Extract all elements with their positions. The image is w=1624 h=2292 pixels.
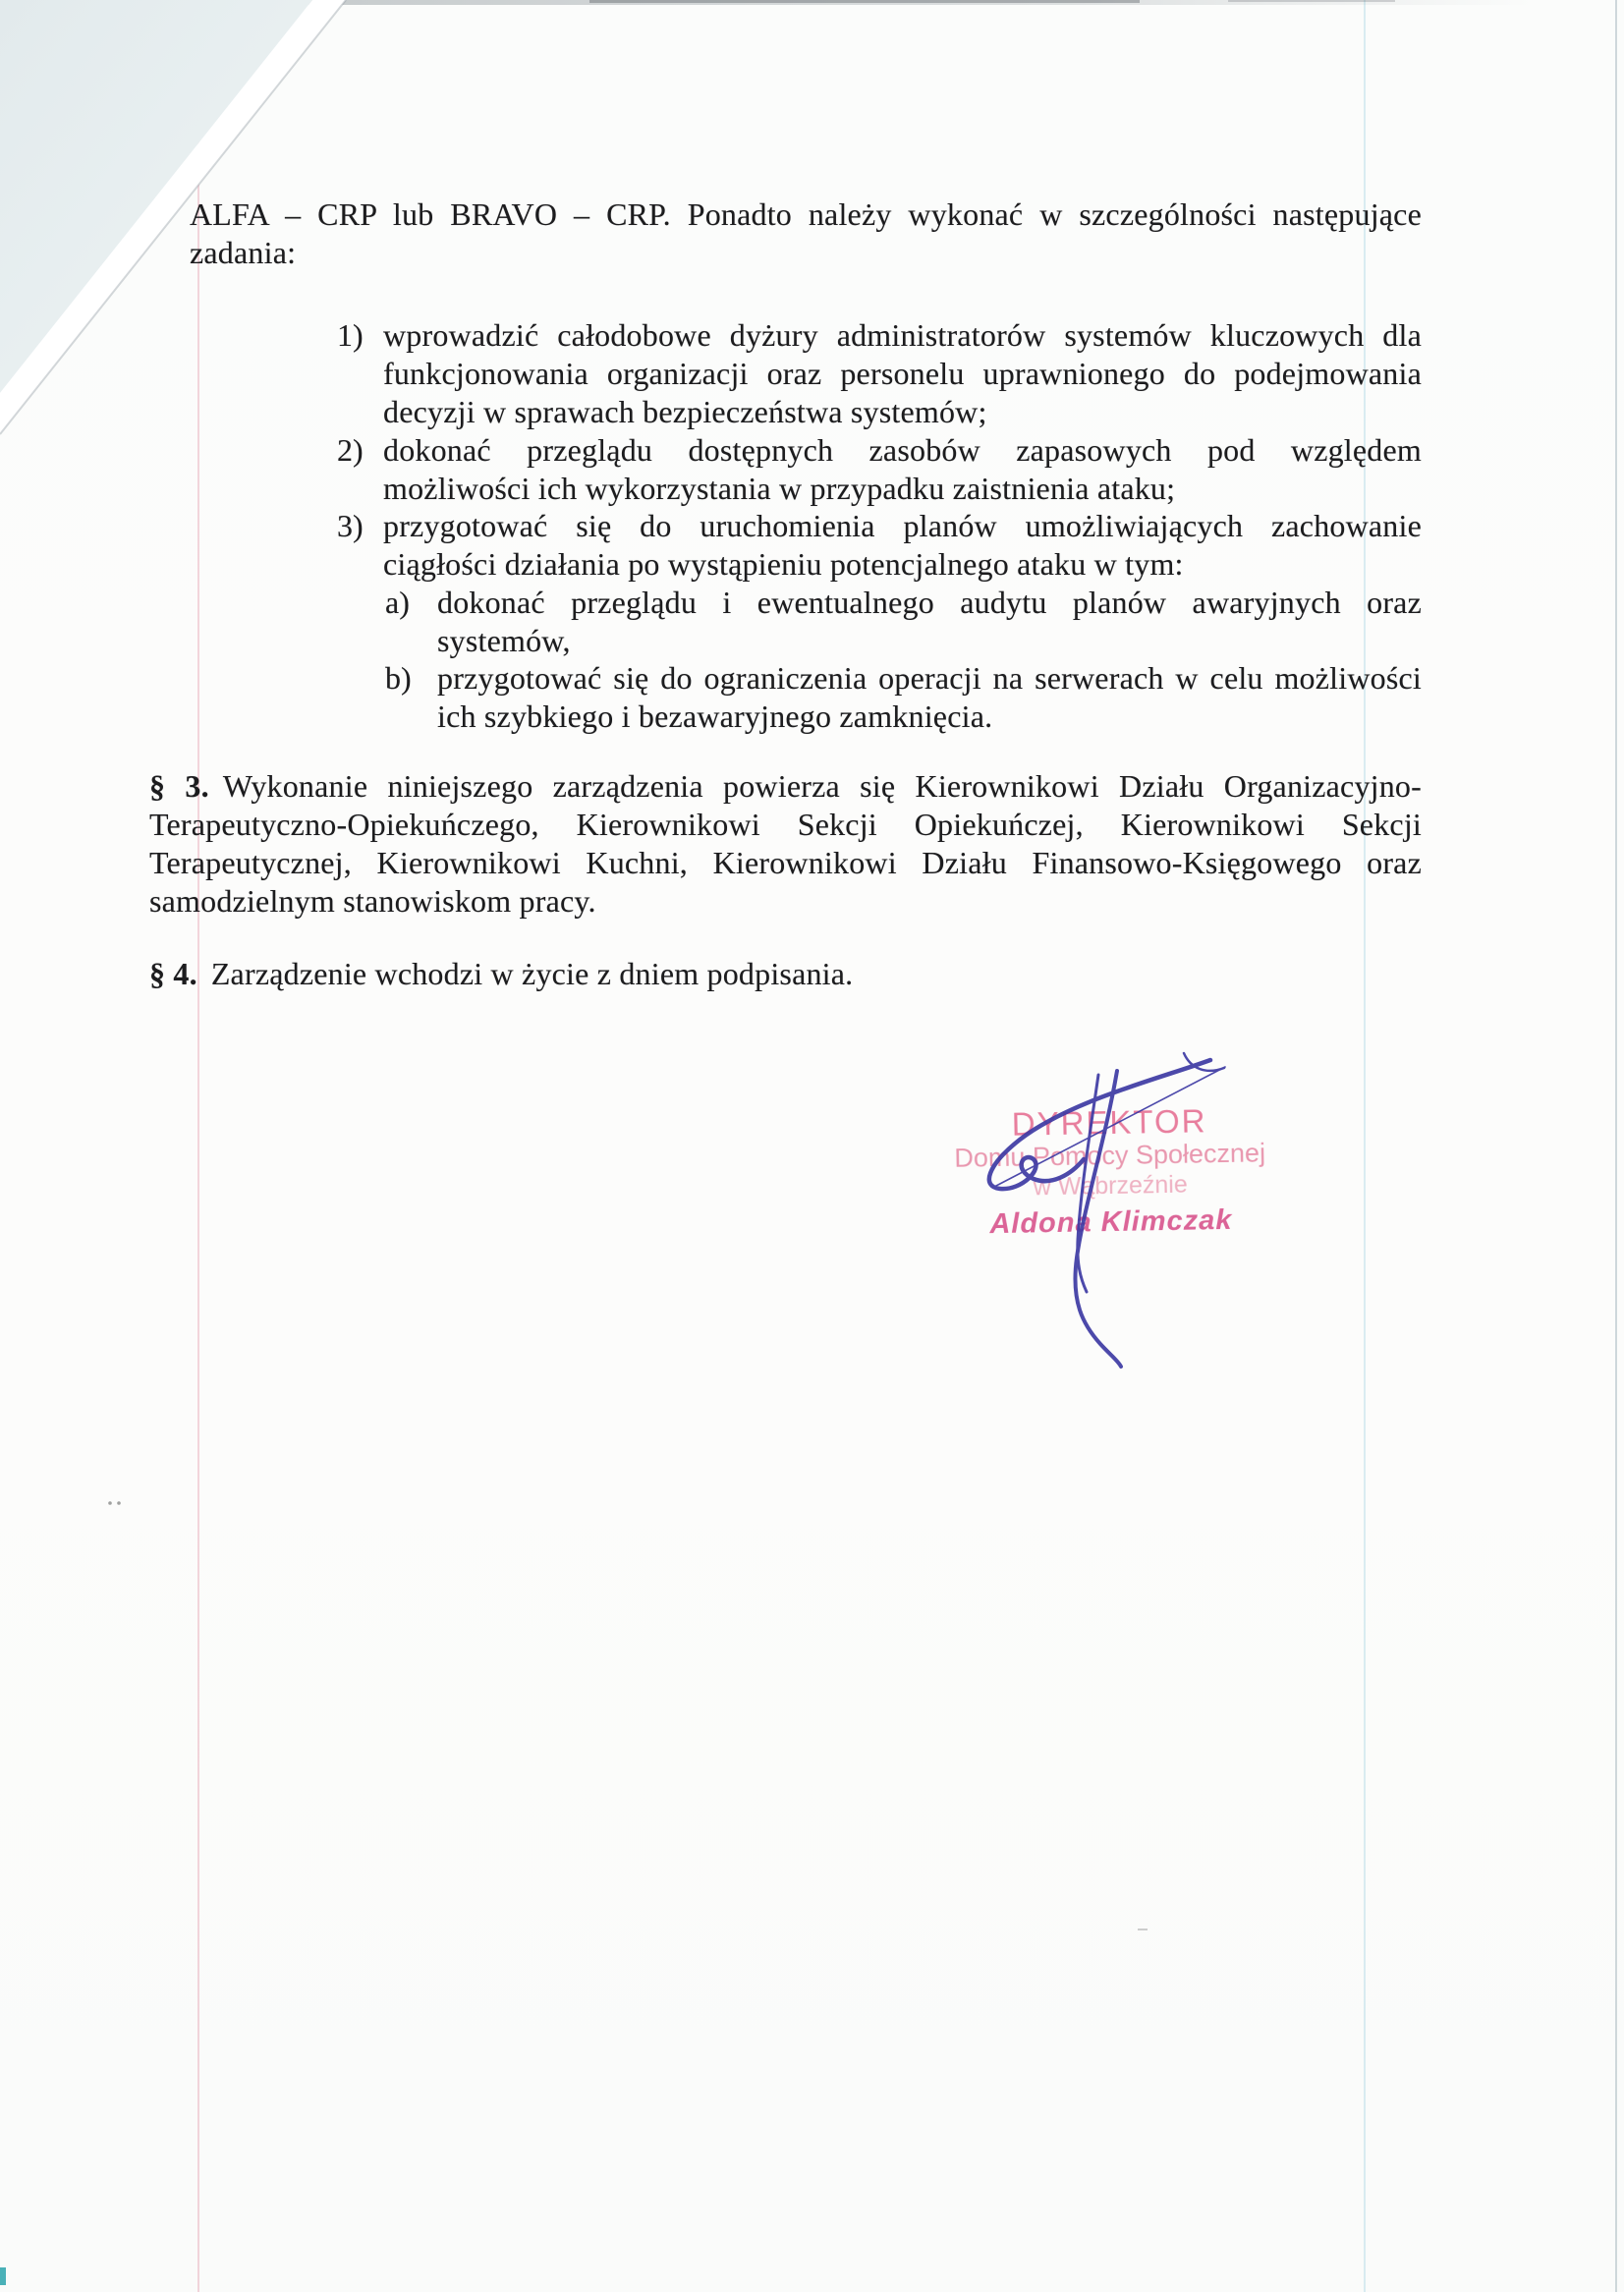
stamp-org-line2: w Wąbrzeźnie [914, 1168, 1307, 1204]
sublist-marker-a: a) [385, 584, 410, 622]
scan-top-edge-shadow [0, 0, 1533, 5]
scan-page-edge-line [1615, 0, 1617, 2292]
scan-crease-line-left [197, 0, 199, 2292]
subitem-a-line-2: systemów, [437, 622, 1422, 660]
list-marker-3: 3) [337, 507, 364, 545]
signature-top-hook-stroke [1184, 1053, 1224, 1071]
sublist-marker-b: b) [385, 659, 412, 698]
subitem-b-line-1: przygotować się do ograniczenia operacji… [437, 659, 1422, 698]
stamp-signer-name: Aldona Klimczak [915, 1203, 1308, 1242]
intro-line-2: zadania: [190, 234, 1422, 272]
item3-line-2: ciągłości działania po wystąpieniu poten… [383, 545, 1422, 584]
director-stamp: DYREKTOR Domu Pomocy Społecznej w Wąbrze… [913, 1103, 1308, 1242]
item1-line-1: wprowadzić całodobowe dyżury administrat… [383, 316, 1422, 355]
scan-speck [1138, 1929, 1148, 1930]
item1-line-3: decyzji w sprawach bezpieczeństwa system… [383, 393, 1422, 431]
item2-line-1: dokonać przeglądu dostępnych zasobów zap… [383, 431, 1422, 470]
intro-line-1: ALFA – CRP lub BRAVO – CRP. Ponadto nale… [190, 196, 1422, 234]
scan-dot-speck-2 [117, 1501, 121, 1505]
scan-dot-speck-1 [108, 1501, 112, 1505]
par3-line-1-text: Wykonanie niniejszego zarządzenia powier… [223, 768, 1422, 804]
item1-line-2: funkcjonowania organizacji oraz personel… [383, 355, 1422, 393]
list-marker-2: 2) [337, 431, 364, 470]
item3-line-1: przygotować się do uruchomienia planów u… [383, 507, 1422, 545]
par3-line-4: samodzielnym stanowiskom pracy. [149, 882, 1422, 921]
par4-line: § 4.Zarządzenie wchodzi w życie z dniem … [149, 955, 1422, 993]
scanned-page: ALFA – CRP lub BRAVO – CRP. Ponadto nale… [0, 0, 1624, 2292]
par4-prefix: § 4. [149, 956, 197, 991]
par3-line-1: § 3.Wykonanie niniejszego zarządzenia po… [149, 767, 1422, 806]
list-marker-1: 1) [337, 316, 364, 355]
subitem-b-line-2: ich szybkiego i bezawaryjnego zamknięcia… [437, 698, 1422, 736]
scan-corner-mark [0, 2267, 6, 2285]
par3-line-2: Terapeutyczno-Opiekuńczego, Kierownikowi… [149, 806, 1422, 844]
item2-line-2: możliwości ich wykorzystania w przypadku… [383, 470, 1422, 508]
par3-prefix: § 3. [149, 768, 209, 804]
par4-text: Zarządzenie wchodzi w życie z dniem podp… [211, 956, 854, 991]
par3-line-3: Terapeutycznej, Kierownikowi Kuchni, Kie… [149, 844, 1422, 882]
subitem-a-line-1: dokonać przeglądu i ewentualnego audytu … [437, 584, 1422, 622]
